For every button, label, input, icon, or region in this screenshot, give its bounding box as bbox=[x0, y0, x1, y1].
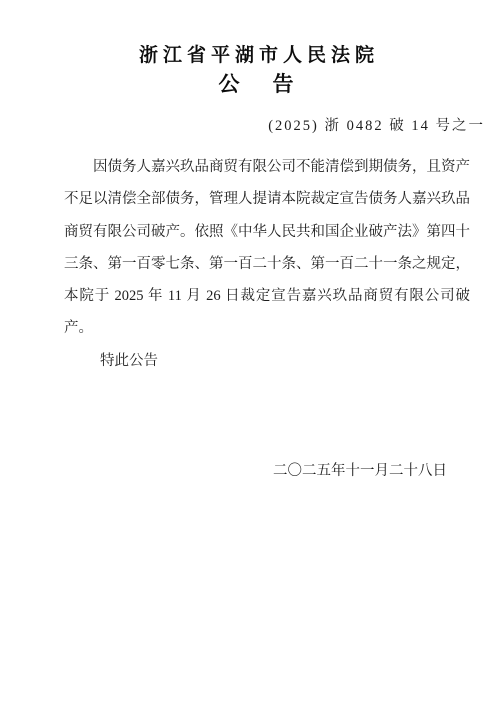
closing-line: 特此公告 bbox=[64, 345, 470, 377]
announcement-date: 二〇二五年十一月二十八日 bbox=[273, 462, 447, 480]
court-name-title: 浙江省平湖市人民法院 bbox=[0, 45, 500, 67]
paragraph-line: 三条、第一百零七条、第一百二十条、第一百二十一条之规定， bbox=[64, 248, 470, 280]
announcement-page: 浙江省平湖市人民法院 公 告 (2025) 浙 0482 破 14 号之一 因债… bbox=[0, 0, 500, 707]
paragraph-line: 因债务人嘉兴玖品商贸有限公司不能清偿到期债务，且资产 bbox=[64, 151, 470, 183]
case-number: (2025) 浙 0482 破 14 号之一 bbox=[0, 117, 500, 135]
paragraph-line: 本院于 2025 年 11 月 26 日裁定宣告嘉兴玖品商贸有限公司破 bbox=[64, 280, 470, 312]
paragraph-line: 不足以清偿全部债务，管理人提请本院裁定宣告债务人嘉兴玖品 bbox=[64, 183, 470, 215]
paragraph-line: 产。 bbox=[64, 312, 470, 344]
announcement-title: 公 告 bbox=[0, 72, 500, 96]
announcement-body: 因债务人嘉兴玖品商贸有限公司不能清偿到期债务，且资产 不足以清偿全部债务，管理人… bbox=[0, 151, 500, 377]
paragraph-line: 商贸有限公司破产。依照《中华人民共和国企业破产法》第四十 bbox=[64, 216, 470, 248]
